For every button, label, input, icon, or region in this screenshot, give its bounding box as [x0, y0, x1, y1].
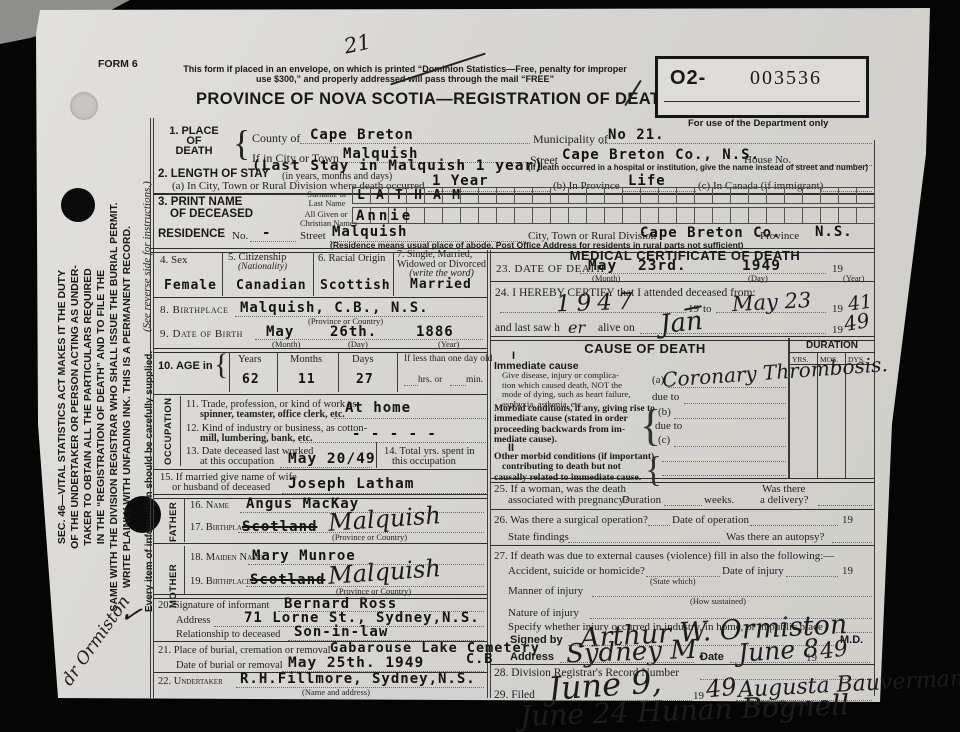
- duration-rule: [790, 352, 874, 353]
- form-title: PROVINCE OF NOVA SCOTIA—REGISTRATION OF …: [196, 90, 644, 109]
- months-value: 11: [298, 372, 316, 387]
- morbid-conditions-note: Morbid conditions, if any, giving rise t…: [494, 404, 655, 446]
- days-label: Days: [352, 354, 374, 365]
- certify-to-label: to: [703, 303, 712, 315]
- print-name-label: 3. PRINT NAME OF DECEASED: [158, 196, 253, 220]
- due-to-2-label: due to: [655, 420, 682, 432]
- days-value: 27: [356, 372, 374, 387]
- form-border: [150, 118, 151, 698]
- burial-date: May 25th. 1949: [288, 655, 424, 671]
- row-rule: [154, 394, 487, 395]
- residence-no-value: -: [262, 225, 271, 241]
- q25-duration-label: Duration: [622, 494, 661, 506]
- brace: {: [233, 122, 250, 164]
- municipality-value: No 21.: [608, 127, 665, 143]
- undertaker-label: 22. Undertaker: [158, 676, 223, 687]
- dotted-line: [750, 524, 838, 526]
- q13-label-2: at this occupation: [200, 456, 274, 467]
- burial-place: Gabarouse Lake Cemetery: [330, 640, 540, 656]
- signed-date-label: Date: [700, 651, 724, 663]
- given-letter-grid: [352, 207, 875, 224]
- see-reverse-note: (See reverse side for instructions.): [141, 142, 153, 332]
- act-line: SEC. 46—VITAL STATISTICS ACT MAKES IT TH…: [56, 152, 69, 662]
- cause-of-death-header: CAUSE OF DEATH: [520, 341, 770, 356]
- label: 3. PRINT NAME: [158, 196, 253, 208]
- residence-no-label: No.: [232, 230, 248, 242]
- residence-label: RESIDENCE: [158, 228, 225, 240]
- department-only-note: For use of the Department only: [688, 118, 828, 129]
- q11-value: At home: [345, 400, 411, 416]
- alive-hand: Jan: [659, 306, 705, 340]
- racial-origin-label: 6. Racial Origin: [318, 253, 385, 264]
- act-line: OF THE UNDERTAKER OR PERSON ACTING AS UN…: [69, 152, 82, 662]
- dotted-line: [600, 142, 872, 144]
- row-rule: [154, 469, 487, 470]
- q27-accident-label: Accident, suicide or homicide?: [508, 565, 645, 577]
- undertaker-value: R.H.Fillmore, Sydney,N.S.: [240, 671, 476, 687]
- cell-divider: [376, 442, 377, 468]
- saw-er-hand: er: [568, 318, 585, 337]
- marital-label: 7. Single, Married, Widowed or Divorced …: [397, 250, 486, 279]
- racial-origin-value: Scottish: [320, 278, 391, 293]
- q25-weeks-label: weeks.: [704, 494, 734, 506]
- alive-on-label: alive on: [598, 322, 635, 334]
- row-rule: [491, 545, 874, 546]
- saw-label: and last saw h: [495, 322, 560, 334]
- registration-number-box: O2- 003536: [655, 56, 869, 118]
- cell-divider: [277, 352, 278, 392]
- scanned-death-registration: { "header": { "form_no": "FORM 6", "mail…: [0, 0, 960, 732]
- father-birthplace-sub: (Province or Country): [332, 532, 407, 542]
- informant-address-label: Address: [176, 615, 210, 626]
- dotted-line: [334, 417, 486, 419]
- dotted-line: [662, 474, 786, 476]
- county-label: County of: [252, 131, 300, 146]
- dod-19: 19: [832, 263, 843, 275]
- physician-address-label: Address: [510, 651, 554, 663]
- dotted-line: [404, 384, 418, 386]
- q27-date-injury: Date of injury: [722, 565, 784, 577]
- dotted-line: [662, 460, 786, 462]
- place-of-death-label: 1. PLACE OF DEATH: [158, 126, 230, 156]
- q25-line-2: associated with pregnancy?: [508, 494, 629, 506]
- act-line: SAME WITH THE DIVISION REGISTRAR WHO SHA…: [108, 152, 121, 662]
- hospital-note: (If death occurred in a hospital or inst…: [528, 163, 868, 172]
- informant-rel-label: Relationship to deceased: [176, 629, 280, 640]
- cause-b-label: (b): [658, 406, 671, 418]
- column-divider: [490, 250, 491, 698]
- occupation-divider: [180, 396, 181, 466]
- row-rule: [491, 664, 874, 665]
- label: OF DECEASED: [158, 208, 253, 220]
- section-rule: [154, 348, 487, 353]
- duration-header: DURATION: [790, 340, 874, 351]
- q15-value: Joseph Latham: [288, 476, 415, 492]
- dotted-line: [664, 504, 702, 506]
- dotted-line: [668, 386, 786, 388]
- signed-by-label: Signed by: [510, 634, 563, 646]
- q26-19: 19: [842, 514, 853, 526]
- mailing-note-1: This form if placed in an envelope, on w…: [168, 64, 642, 74]
- q27-nature-label: Nature of injury: [508, 607, 579, 619]
- min-label: min.: [466, 375, 483, 385]
- burial-date-label: Date of burial or removal: [176, 660, 283, 671]
- stamp-box-line: [664, 101, 860, 102]
- residence-province-label: Province: [760, 230, 799, 242]
- father-divider: [184, 498, 185, 542]
- dotted-line: [568, 541, 720, 543]
- dotted-line: [250, 240, 296, 242]
- cell-divider: [338, 352, 339, 392]
- q27-line-1: 27. If death was due to external causes …: [494, 550, 834, 562]
- dotted-line: [300, 441, 486, 443]
- sex-value: Female: [164, 278, 217, 293]
- cell-divider: [222, 252, 223, 296]
- informant-rel: Son-in-law: [294, 624, 388, 640]
- cell-divider: [397, 352, 398, 392]
- row-rule: [154, 543, 487, 544]
- cell-divider: [393, 252, 394, 296]
- mother-birthplace-label: 19. Birthplace: [190, 576, 251, 587]
- citizenship-sublabel: (Nationality): [238, 262, 287, 272]
- dotted-line: [674, 445, 786, 447]
- citizenship-value: Canadian: [236, 278, 307, 293]
- q26-date-label: Date of operation: [672, 514, 749, 526]
- dotted-line: [786, 575, 838, 577]
- act-line: TAKER TO OBTAIN ALL THE PARTICULARS REQU…: [82, 152, 95, 662]
- brace: {: [214, 348, 228, 382]
- form-border: [153, 118, 154, 698]
- q13-value: May 20/49: [288, 451, 376, 467]
- q27-19: 19: [842, 565, 853, 577]
- punch-hole-faint: [70, 92, 98, 120]
- q26-findings-label: State findings: [508, 531, 569, 543]
- q15-label-2: or husband of deceased: [172, 482, 270, 493]
- dotted-line: [300, 142, 530, 144]
- cell-divider: [229, 352, 230, 392]
- undertaker-sub: (Name and address): [302, 687, 370, 697]
- birthplace-label: 8. Birthplace: [160, 304, 228, 316]
- dotted-line: [818, 504, 872, 506]
- q27-state-which: (State which): [650, 576, 696, 586]
- stay-overlay-value: (Last Stay in Malquish 1 year): [252, 158, 544, 174]
- q11-label-2: spinner, teamster, office clerk, etc.: [200, 409, 345, 420]
- dotted-line: [648, 524, 670, 526]
- q26-autopsy-label: Was there an autopsy?: [726, 531, 824, 543]
- father-side-label: FATHER: [168, 498, 179, 542]
- row-rule: [154, 297, 487, 298]
- dotted-line: [730, 661, 870, 663]
- row-rule: [491, 281, 874, 282]
- dotted-line: [280, 466, 372, 468]
- label: DEATH: [158, 146, 230, 156]
- dotted-line: [832, 541, 872, 543]
- dotted-line: [684, 402, 786, 404]
- years-label: Years: [238, 354, 261, 365]
- label: Last Name: [305, 199, 349, 208]
- residence-street-label: Street: [300, 230, 326, 242]
- dotted-line: [560, 661, 694, 663]
- surname-value: LATHAM: [357, 188, 471, 203]
- brace: {: [645, 448, 662, 490]
- age-label: 10. AGE in: [158, 360, 213, 372]
- county-value: Cape Breton: [310, 127, 414, 143]
- surname-sublabel: Surname or Last Name: [305, 190, 349, 207]
- row-rule: [491, 509, 874, 510]
- dotted-line: [674, 417, 786, 419]
- q14-label-2: this occupation: [392, 456, 456, 467]
- municipality-label: Municipality of: [533, 132, 608, 147]
- occupation-side-label: OCCUPATION: [163, 397, 174, 465]
- form-number: FORM 6: [98, 58, 138, 70]
- months-label: Months: [290, 354, 322, 365]
- sex-label: 4. Sex: [160, 254, 188, 266]
- q25-delivery: a delivery?: [760, 494, 809, 506]
- dob-label: 9. Date of Birth: [160, 328, 243, 340]
- q27-how-sustained: (How sustained): [690, 596, 746, 606]
- q27-manner-label: Manner of injury: [508, 585, 583, 597]
- certify-from-hand: 1947: [556, 289, 639, 318]
- dotted-line: [450, 384, 466, 386]
- cell-divider: [313, 252, 314, 296]
- dotted-line: [716, 311, 826, 313]
- hrs-label: hrs. or: [418, 375, 442, 385]
- alive-year-hand: 49: [842, 308, 871, 336]
- alive-19: 19: [832, 324, 843, 336]
- less-than-day-label: If less than one day old: [404, 354, 492, 364]
- cause-c-label: (c): [658, 434, 670, 446]
- column-divider: [487, 250, 488, 698]
- mother-divider: [184, 546, 185, 594]
- registration-number-prefix: O2-: [670, 67, 706, 90]
- q12-value: - - - - -: [352, 426, 437, 442]
- birthplace-value: Malquish, C.B., N.S.: [240, 300, 429, 316]
- burial-place-2: C.B: [466, 651, 493, 667]
- q12-label-2: mill, lumbering, bank, etc.: [200, 433, 313, 444]
- marital-value: Married: [410, 277, 472, 292]
- registration-number: 003536: [750, 67, 822, 90]
- years-value: 62: [242, 372, 260, 387]
- street-value: Cape Breton Co., N.S.: [562, 147, 760, 163]
- dotted-line: [640, 332, 826, 334]
- q26-line-1: 26. Was there a surgical operation?: [494, 514, 648, 526]
- father-name-label: 16. Name: [190, 500, 229, 511]
- residence-street-value: Malquish: [332, 224, 407, 240]
- given-value: Annie: [356, 208, 413, 224]
- label: mediate cause).: [494, 435, 655, 445]
- residence-province-value: N.S.: [815, 224, 853, 240]
- act-line: IN THE “REGISTRATION OF DEATH” AND TO FI…: [95, 152, 108, 662]
